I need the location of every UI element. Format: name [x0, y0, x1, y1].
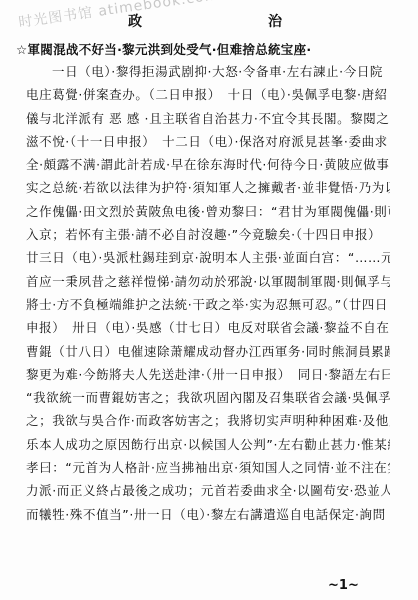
- section-summary: ☆軍閥混战不好当·黎元洪到处受气·但难捨总統宝座·: [16, 40, 406, 58]
- text-line: 申报） 卅日（电）·吳感（廿七日）电反对联省会議·黎益不自在；: [26, 316, 390, 339]
- text-line: 孝曰：“元首为人格計·应当拂袖出京·須知国人之同情·並不注在实: [26, 456, 390, 479]
- header-title-left: 政: [128, 11, 142, 31]
- text-line: 力派·而正义終占最後之成功；元首若委曲求全·以圖苟安·恐並人格: [26, 479, 390, 502]
- text-line: 滋不悅·（十一日申报） 十二日（电）·保洛对府派見甚峯·委曲求: [26, 130, 390, 153]
- text-line: 儀与北洋派有 恶 感 ·且主联省自治甚力·不宜令其長閣。黎閱之大: [26, 107, 390, 130]
- header-title-right: 治: [268, 11, 282, 31]
- text-line: 黎更为难·今飭將夫人先送赴津·（卅一日申报） 同日·黎語左右曰：: [26, 363, 390, 386]
- text-line: 將士·方不負極端維护之法統·干政之举·实为忍無可忍。”（廿四日: [26, 293, 390, 316]
- text-line: 入京；若怀有主張·請不必自討沒趣·”今竟驗矣·（十四日申报）: [26, 223, 390, 246]
- document-page: 时光图书馆 atimebook.com 政 治 ☆軍閥混战不好当·黎元洪到处受气…: [0, 0, 418, 600]
- text-line: 电庄葛覺·併案查办。（二日申报） 十日（电）·吳佩孚电黎·唐紹: [26, 83, 390, 106]
- page-number: ~1~: [328, 578, 359, 593]
- text-line: “我欲統一而曹錕妨害之；我欲巩固內閣及召集联省会議·吳佩孚妨害: [26, 386, 390, 409]
- body-text: 一日（电）·黎得拒湯武剧抑·大怒·令备車·左右諫止·今日院 电庄葛覺·併案查办。…: [26, 60, 390, 526]
- text-line: 廿三日（电）·吳派杜錫珪到京·說明本人主張·並面白宫：“……元: [26, 246, 390, 269]
- text-line: 一日（电）·黎得拒湯武剧抑·大怒·令备車·左右諫止·今日院: [26, 60, 390, 83]
- text-line: 全·頗露不满·謂此計若成·早在徐东海时代·何待今日·黄陂应做事: [26, 153, 390, 176]
- text-line: 之；我欲与吳合作·而政客妨害之；我將切实声明种种困难·及他人不: [26, 409, 390, 432]
- text-line: 首应一秉夙昔之慈祥愷悌·請勿动於邪說·以軍閥制軍閥·則佩孚与諸: [26, 270, 390, 293]
- text-line: 而犧牲·殊不值当”·卅一日（电）·黎左右講遣巡自电話保定·詢問: [26, 503, 390, 526]
- text-line: 之作傀儡·田文烈於黃陂魚电後·曾劝黎曰：“君甘为軍閥傀儡·則可: [26, 200, 390, 223]
- running-header: 政 治: [0, 8, 418, 30]
- text-line: 实之总統·若欲以法律为护符·須知軍人之擁戴者·並非覺悟·乃为以: [26, 176, 390, 199]
- text-line: 曹錕（廿八日）电催速除萧耀成动督办江西軍务·同时熊洞員累踴異蔡·: [26, 340, 390, 363]
- text-line: 乐本人成功之原因飭行出京·以候国人公判”·左右勸止甚力·惟某総: [26, 433, 390, 456]
